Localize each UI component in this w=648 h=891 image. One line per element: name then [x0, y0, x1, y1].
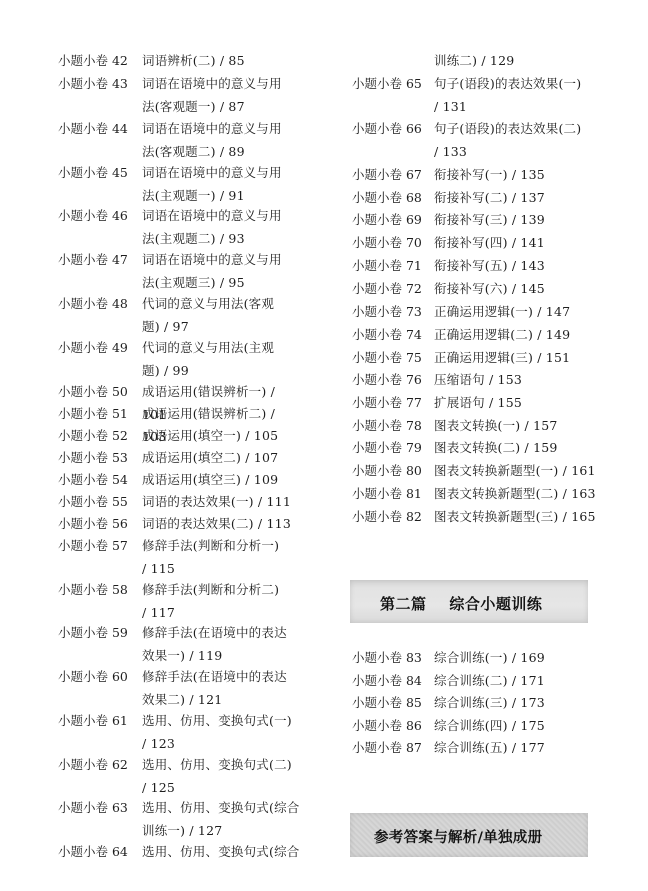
entry-title: 综合训练(四) / 175	[434, 715, 609, 738]
entry-title: 成语运用(填空三) / 109	[142, 469, 302, 492]
entry-title: 选用、仿用、变换句式(综合 训练一) / 127	[142, 797, 302, 842]
entry-title: 衔接补写(四) / 141	[434, 232, 609, 255]
entry-title: 选用、仿用、变换句式(一) / 123	[142, 710, 302, 755]
entry-title: 选用、仿用、变换句式(二) / 125	[142, 754, 302, 799]
entry-label: 小题小卷 87	[352, 737, 422, 760]
entry-label: 小题小卷 55	[58, 491, 128, 514]
entry-label: 小题小卷 79	[352, 437, 422, 460]
entry-label: 小题小卷 60	[58, 666, 128, 689]
entry-label: 小题小卷 81	[352, 483, 422, 506]
entry-title: 综合训练(三) / 173	[434, 692, 609, 715]
entry-title: 压缩语句 / 153	[434, 369, 609, 392]
entry-title: 正确运用逻辑(二) / 149	[434, 324, 609, 347]
entry-title: 词语在语境中的意义与用 法(客观题一) / 87	[142, 73, 302, 118]
entry-title: 衔接补写(一) / 135	[434, 164, 609, 187]
entry-title: 词语在语境中的意义与用 法(主观题三) / 95	[142, 249, 302, 294]
entry-title: 成语运用(填空一) / 105	[142, 425, 302, 448]
entry-title: 综合训练(五) / 177	[434, 737, 609, 760]
entry-title: 图表文转换新题型(一) / 161	[434, 460, 609, 483]
section-heading: 第二篇 综合小题训练	[380, 593, 542, 614]
entry-title: 选用、仿用、变换句式(综合	[142, 841, 302, 864]
section-banner-part-two: 第二篇 综合小题训练	[350, 580, 588, 623]
entry-label: 小题小卷 65	[352, 73, 422, 96]
entry-title: 综合训练(二) / 171	[434, 670, 609, 693]
entry-label: 小题小卷 49	[58, 337, 128, 360]
entry-title: 句子(语段)的表达效果(一) / 131	[434, 73, 609, 118]
entry-label: 小题小卷 69	[352, 209, 422, 232]
entry-title: 句子(语段)的表达效果(二) / 133	[434, 118, 609, 163]
entry-label: 小题小卷 48	[58, 293, 128, 316]
entry-title: 修辞手法(判断和分析二) / 117	[142, 579, 302, 624]
entry-label: 小题小卷 44	[58, 118, 128, 141]
entry-label: 小题小卷 70	[352, 232, 422, 255]
entry-title: 词语的表达效果(二) / 113	[142, 513, 302, 536]
entry-label: 小题小卷 58	[58, 579, 128, 602]
entry-label: 小题小卷 56	[58, 513, 128, 536]
entry-title: 词语在语境中的意义与用 法(客观题二) / 89	[142, 118, 302, 163]
entry-label: 小题小卷 71	[352, 255, 422, 278]
entry-label: 小题小卷 64	[58, 841, 128, 864]
entry-title: 代词的意义与用法(主观 题) / 99	[142, 337, 302, 382]
entry-label: 小题小卷 78	[352, 415, 422, 438]
entry-label: 小题小卷 62	[58, 754, 128, 777]
entry-label: 小题小卷 66	[352, 118, 422, 141]
entry-label: 小题小卷 68	[352, 187, 422, 210]
entry-title: 正确运用逻辑(三) / 151	[434, 347, 609, 370]
entry-title: 训练二) / 129	[434, 50, 609, 73]
entry-title: 衔接补写(五) / 143	[434, 255, 609, 278]
entry-title: 图表文转换(一) / 157	[434, 415, 609, 438]
entry-title: 图表文转换新题型(三) / 165	[434, 506, 609, 529]
entry-label: 小题小卷 46	[58, 205, 128, 228]
entry-title: 修辞手法(在语境中的表达 效果二) / 121	[142, 666, 302, 711]
entry-label: 小题小卷 57	[58, 535, 128, 558]
entry-label: 小题小卷 86	[352, 715, 422, 738]
entry-label: 小题小卷 80	[352, 460, 422, 483]
entry-label: 小题小卷 83	[352, 647, 422, 670]
entry-label: 小题小卷 85	[352, 692, 422, 715]
entry-title: 词语的表达效果(一) / 111	[142, 491, 302, 514]
entry-label: 小题小卷 45	[58, 162, 128, 185]
entry-title: 正确运用逻辑(一) / 147	[434, 301, 609, 324]
entry-title: 修辞手法(在语境中的表达 效果一) / 119	[142, 622, 302, 667]
entry-title: 修辞手法(判断和分析一) / 115	[142, 535, 302, 580]
answers-banner: 参考答案与解析/单独成册	[350, 813, 588, 857]
entry-label: 小题小卷 53	[58, 447, 128, 470]
entry-label: 小题小卷 43	[58, 73, 128, 96]
entry-label: 小题小卷 84	[352, 670, 422, 693]
entry-label: 小题小卷 61	[58, 710, 128, 733]
entry-title: 成语运用(填空二) / 107	[142, 447, 302, 470]
entry-label: 小题小卷 63	[58, 797, 128, 820]
entry-title: 代词的意义与用法(客观 题) / 97	[142, 293, 302, 338]
entry-title: 扩展语句 / 155	[434, 392, 609, 415]
entry-label: 小题小卷 76	[352, 369, 422, 392]
entry-label: 小题小卷 77	[352, 392, 422, 415]
entry-title: 词语在语境中的意义与用 法(主观题二) / 93	[142, 205, 302, 250]
entry-title: 图表文转换(二) / 159	[434, 437, 609, 460]
entry-title: 图表文转换新题型(二) / 163	[434, 483, 609, 506]
entry-title: 综合训练(一) / 169	[434, 647, 609, 670]
entry-label: 小题小卷 51	[58, 403, 128, 426]
entry-label: 小题小卷 72	[352, 278, 422, 301]
entry-label: 小题小卷 50	[58, 381, 128, 404]
entry-label: 小题小卷 54	[58, 469, 128, 492]
entry-title: 衔接补写(三) / 139	[434, 209, 609, 232]
entry-label: 小题小卷 74	[352, 324, 422, 347]
entry-label: 小题小卷 47	[58, 249, 128, 272]
entry-label: 小题小卷 52	[58, 425, 128, 448]
entry-title: 词语在语境中的意义与用 法(主观题一) / 91	[142, 162, 302, 207]
entry-title: 衔接补写(六) / 145	[434, 278, 609, 301]
entry-title: 词语辨析(二) / 85	[142, 50, 302, 73]
entry-label: 小题小卷 67	[352, 164, 422, 187]
entry-label: 小题小卷 42	[58, 50, 128, 73]
answers-heading: 参考答案与解析/单独成册	[374, 826, 542, 847]
entry-label: 小题小卷 75	[352, 347, 422, 370]
entry-title: 衔接补写(二) / 137	[434, 187, 609, 210]
entry-label: 小题小卷 73	[352, 301, 422, 324]
entry-label: 小题小卷 59	[58, 622, 128, 645]
entry-label: 小题小卷 82	[352, 506, 422, 529]
